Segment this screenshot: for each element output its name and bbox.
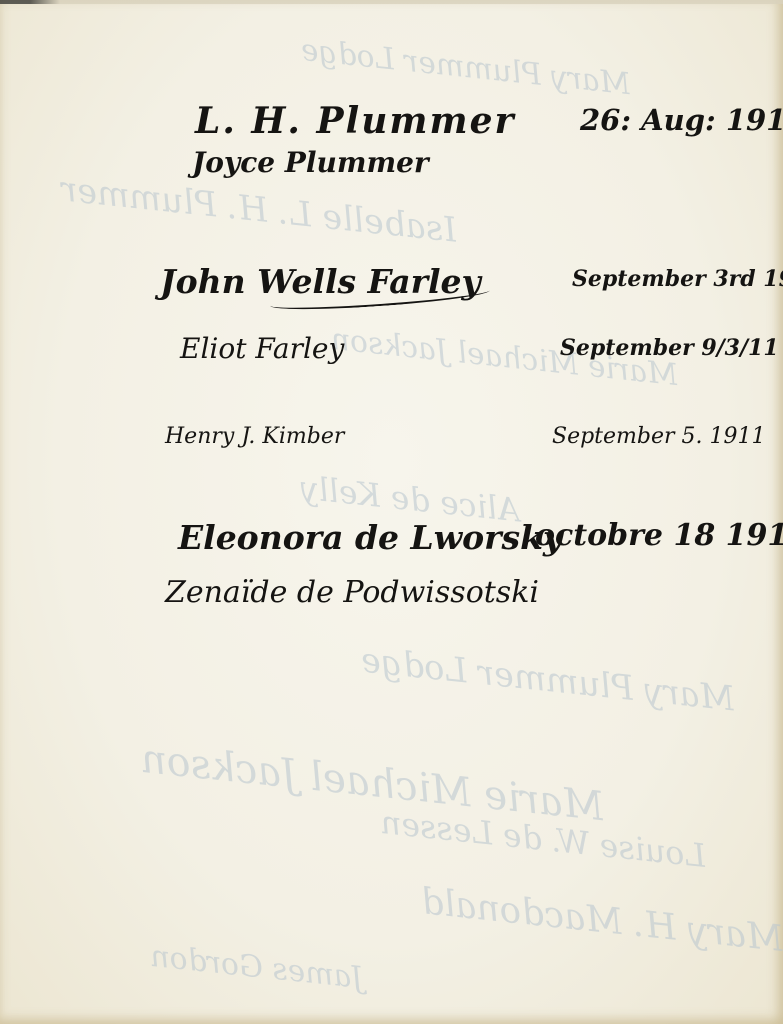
signature-name: Joyce Plummer bbox=[192, 146, 429, 179]
signature-date: September 9/3/11 bbox=[560, 335, 779, 361]
signature-date: 26: Aug: 1911 bbox=[580, 103, 783, 137]
signature-date: September 5. 1911 bbox=[552, 424, 765, 449]
signature-date: octobre 18 1911 bbox=[535, 518, 783, 553]
bleed-through-text: Mary H. Macdonald bbox=[419, 881, 783, 960]
bleed-through-text: Marie Michael Jackson bbox=[139, 736, 606, 830]
signature-date: September 3rd 1911 bbox=[572, 266, 783, 292]
signature-name: Eliot Farley bbox=[180, 332, 344, 365]
bleed-through-text: Isabelle L. H. Plummer bbox=[59, 169, 459, 250]
signature-name: Zenaïde de Podwissotski bbox=[165, 575, 539, 610]
guestbook-page: Mary Plummer Lodge Isabelle L. H. Plumme… bbox=[0, 0, 783, 1024]
bleed-through-text: James Gordon bbox=[149, 939, 365, 996]
bleed-through-text: Mary Plummer Lodge bbox=[359, 640, 736, 719]
signature-name: L. H. Plummer bbox=[195, 100, 515, 142]
signature-name: Eleonora de Lworsky bbox=[178, 518, 562, 557]
page-top-edge bbox=[0, 0, 783, 4]
signature-name: Henry J. Kimber bbox=[165, 424, 344, 449]
bleed-through-text: Mary Plummer Lodge bbox=[299, 33, 632, 102]
